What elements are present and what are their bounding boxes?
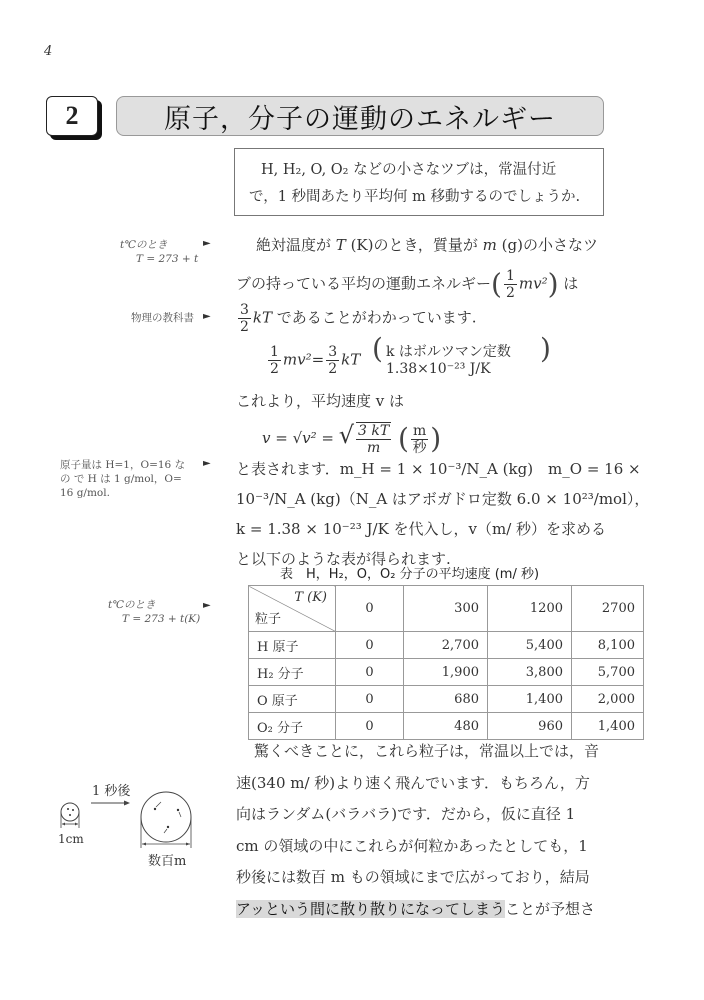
fraction: m秒 — [411, 423, 428, 456]
pointer-arrow-icon: ► — [203, 311, 211, 322]
table-row: H 原子 0 2,700 5,400 8,100 — [249, 632, 644, 659]
paragraph-line: アッという間に散り散りになってしまうことが予想さ — [236, 894, 599, 926]
table-cell: 0 — [336, 686, 404, 713]
var-m: m — [483, 236, 497, 254]
denominator: 2 — [270, 361, 279, 377]
speed-table: T (K) 粒子 0 300 1200 2700 H 原子 0 2,700 5,… — [248, 585, 644, 740]
section-title: 原子，分子の運動のエネルギー — [164, 97, 556, 136]
equation-energy: 12mv²=32kT — [266, 344, 360, 377]
denominator: 2 — [506, 285, 515, 301]
paragraph-line: 速(340 m/ 秒)より速く飛んでいます．もちろん，方 — [236, 768, 599, 800]
row-label: H₂ 分子 — [249, 659, 336, 686]
row-label: H 原子 — [249, 632, 336, 659]
column-header: 0 — [336, 586, 404, 632]
numerator: 3 — [238, 302, 251, 319]
paren: ) — [548, 268, 559, 301]
margin-note-atomic-weight: 原子量は H=1，O=16 な の で H は 1 g/mol，O= 16 g/… — [60, 458, 185, 500]
diagram-large-label: 数百m — [148, 850, 186, 869]
column-header: 2700 — [572, 586, 644, 632]
table-cell: 2,000 — [572, 686, 644, 713]
margin-note-celsius: t℃のとき T = 273 + t — [120, 238, 198, 266]
expr: mv² — [519, 275, 548, 293]
expr: v = √v² = — [262, 429, 334, 447]
margin-note-line: t℃のとき — [108, 598, 200, 612]
header-temperature: T (K) — [294, 590, 327, 605]
question-box: H, H₂, O, O₂ などの小さなツブは，常温付近 で，1 秒間あたり平均何… — [234, 148, 604, 216]
diagram-small-label: 1cm — [58, 832, 84, 846]
column-header: 1200 — [488, 586, 572, 632]
table-cell: 1,900 — [404, 659, 488, 686]
equals: = — [312, 351, 325, 369]
section-title-box: 原子，分子の運動のエネルギー — [116, 96, 604, 136]
paragraph-line: k = 1.38 × 10⁻²³ J/K を代入し，v（m/ 秒）を求める — [236, 514, 649, 544]
section-number-badge: 2 — [46, 96, 98, 136]
text: は — [559, 275, 579, 293]
table-cell: 2,700 — [404, 632, 488, 659]
question-line-1: H, H₂, O, O₂ などの小さなツブは，常温付近 — [249, 157, 593, 184]
diffusion-diagram: 1 秒後 1cm 数百m — [40, 760, 230, 880]
margin-note-line: T = 273 + t — [120, 252, 198, 266]
page-number: 4 — [44, 44, 52, 59]
margin-note-line: T = 273 + t(K) — [108, 612, 200, 626]
text: であることがわかっています. — [272, 309, 477, 327]
expr: mv² — [283, 351, 312, 369]
expr: kT — [253, 309, 272, 327]
boltzmann-note: ( k はボルツマン定数 1.38×10⁻²³ J/K ) — [376, 344, 511, 378]
table-cell: 0 — [336, 632, 404, 659]
text: ことが予想さ — [505, 900, 595, 918]
table-cell: 680 — [404, 686, 488, 713]
fraction: 12 — [504, 268, 517, 301]
paragraph-line: 絶対温度が T (K)のとき，質量が m (g)の小さなツ — [256, 230, 598, 260]
highlighted-phrase: アッという間に散り散りになってしまう — [236, 900, 505, 918]
text: (K)のとき，質量が — [346, 236, 483, 254]
paragraph-line: 向はランダム(バラバラ)です．だから，仮に直径 1 — [236, 799, 599, 831]
question-line-2: で，1 秒間あたり平均何 m 移動するのでしょうか. — [249, 184, 593, 211]
margin-note-celsius-kelvin: t℃のとき T = 273 + t(K) — [108, 598, 200, 626]
fraction: 12 — [268, 344, 281, 377]
header-particle: 粒子 — [255, 608, 281, 627]
paren: ( — [491, 268, 502, 301]
expr: kT — [341, 351, 360, 369]
table-cell: 5,400 — [488, 632, 572, 659]
denominator: 2 — [328, 361, 337, 377]
table-cell: 0 — [336, 659, 404, 686]
fraction: 3 kTm — [356, 422, 391, 456]
equation-velocity: v = √v² = √3 kTm (m秒) — [262, 420, 441, 456]
numerator: 1 — [268, 344, 281, 361]
row-label: O 原子 — [249, 686, 336, 713]
pointer-arrow-icon: ► — [203, 238, 211, 249]
margin-note-textbook: 物理の教科書 — [131, 311, 194, 325]
numerator: 3 kT — [356, 423, 391, 440]
numerator: 1 — [504, 268, 517, 285]
paren: ) — [430, 422, 441, 455]
text: ブの持っている平均の運動エネルギー — [236, 275, 491, 293]
paragraph-line: 秒後には数百 m もの領域にまで広がっており，結局 — [236, 862, 599, 894]
section-number: 2 — [66, 101, 79, 131]
numerator: 3 — [326, 344, 339, 361]
pointer-arrow-icon: ► — [203, 600, 211, 611]
diagram-arrow-label: 1 秒後 — [92, 780, 130, 799]
table-row: H₂ 分子 0 1,900 3,800 5,700 — [249, 659, 644, 686]
paren: ( — [398, 422, 409, 455]
text: (g)の小さなツ — [497, 236, 598, 254]
paragraph-block: 驚くべきことに，これら粒子は，常温以上では，音 速(340 m/ 秒)より速く飛… — [236, 736, 599, 925]
column-header: 300 — [404, 586, 488, 632]
table-cell: 1,400 — [488, 686, 572, 713]
paren: ) — [540, 340, 551, 357]
paragraph-line: と表されます．m_H = 1 × 10⁻³/N_A (kg) m_O = 16 … — [236, 454, 649, 484]
boltzmann-note-line: k はボルツマン定数 — [376, 344, 511, 361]
table-caption: 表 H，H₂，O，O₂ 分子の平均速度 (m/ 秒) — [280, 563, 539, 582]
fraction: 32 — [326, 344, 339, 377]
table-corner-cell: T (K) 粒子 — [249, 586, 336, 632]
paragraph-line: 驚くべきことに，これら粒子は，常温以上では，音 — [236, 736, 599, 768]
var-T: T — [336, 236, 346, 254]
table-cell: 8,100 — [572, 632, 644, 659]
paragraph-line: cm の領域の中にこれらが何粒かあったとしても，1 — [236, 831, 599, 863]
margin-note-line: の で H は 1 g/mol，O= — [60, 472, 185, 486]
text: 絶対温度が — [256, 236, 336, 254]
margin-note-line: t℃のとき — [120, 238, 198, 252]
paragraph-line: ブの持っている平均の運動エネルギー(12mv²) は — [236, 268, 578, 301]
boltzmann-note-line: 1.38×10⁻²³ J/K — [376, 361, 511, 378]
table-cell: 3,800 — [488, 659, 572, 686]
pointer-arrow-icon: ► — [203, 458, 211, 469]
table-row: O 原子 0 680 1,400 2,000 — [249, 686, 644, 713]
numerator: m — [411, 423, 428, 440]
paren: ( — [372, 340, 383, 357]
paragraph-line: これより，平均速度 v は — [236, 386, 404, 416]
sqrt-icon: √ — [339, 421, 354, 449]
fraction: 32 — [238, 302, 251, 335]
margin-note-line: 原子量は H=1，O=16 な — [60, 458, 185, 472]
table-cell: 5,700 — [572, 659, 644, 686]
paragraph-line: 10⁻³/N_A (kg)（N_A はアボガドロ定数 6.0 × 10²³/mo… — [236, 484, 649, 514]
denominator: 2 — [240, 319, 249, 335]
paragraph-line: 32kT であることがわかっています. — [236, 302, 477, 335]
margin-note-line: 16 g/mol. — [60, 486, 185, 500]
diffusion-illustration-icon — [40, 760, 230, 880]
paragraph-block: と表されます．m_H = 1 × 10⁻³/N_A (kg) m_O = 16 … — [236, 454, 649, 574]
table-header-row: T (K) 粒子 0 300 1200 2700 — [249, 586, 644, 632]
